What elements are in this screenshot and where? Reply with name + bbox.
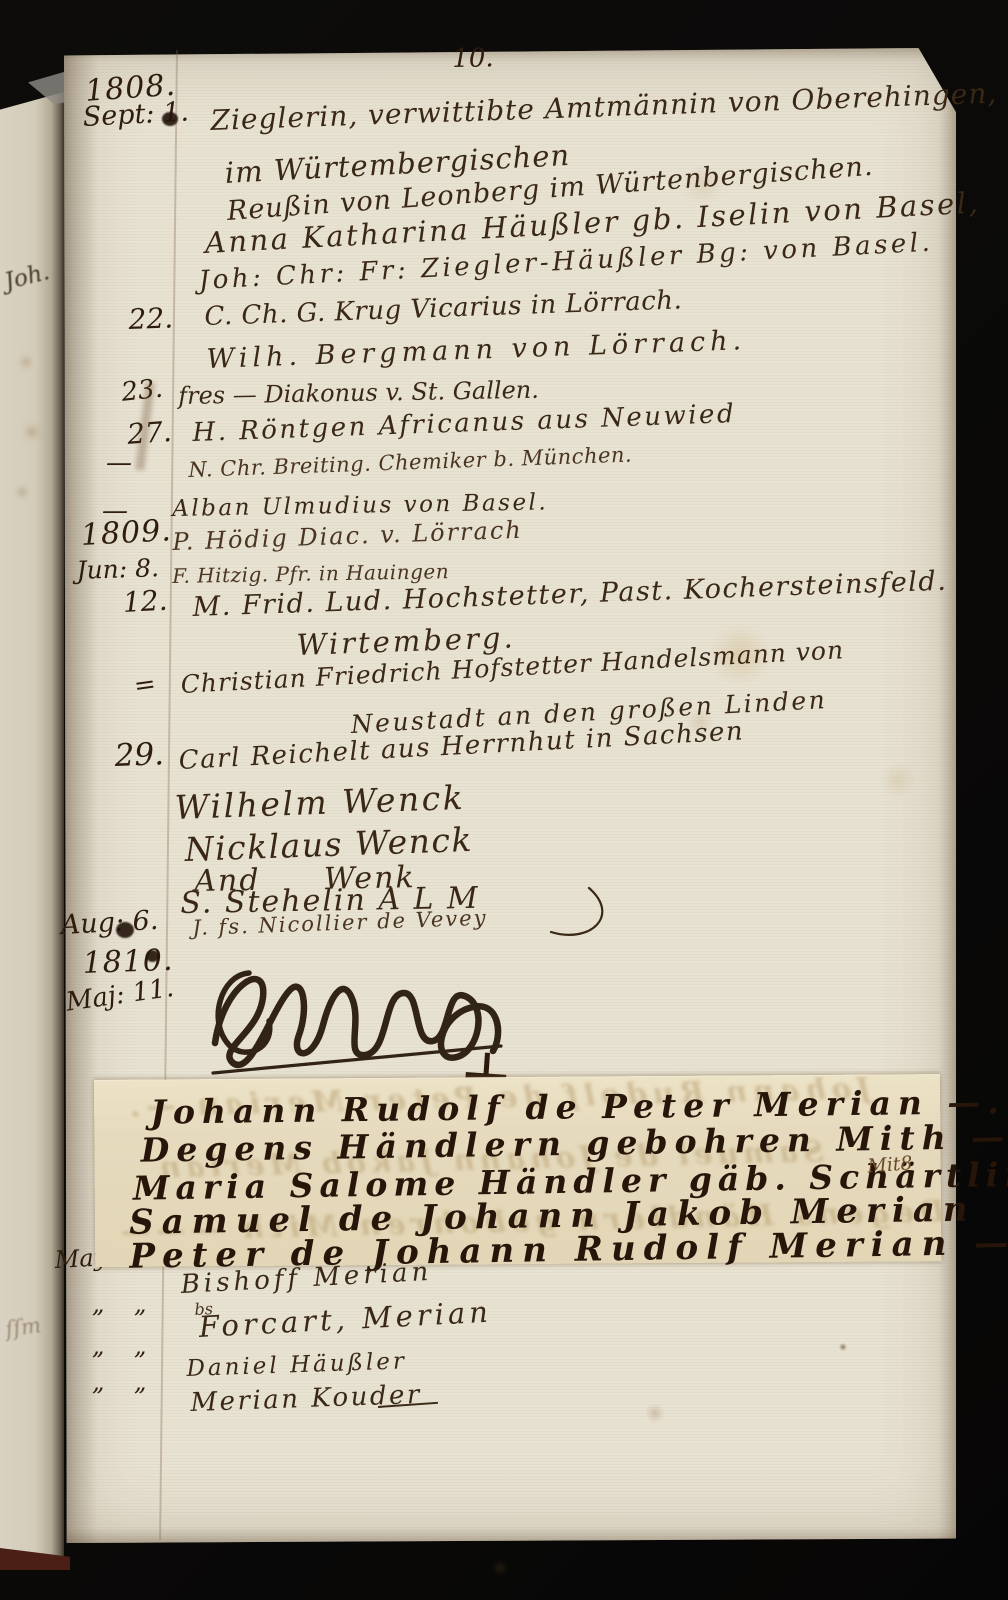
ink-blot [116, 922, 134, 938]
ink-blot [146, 950, 159, 962]
ditto-mark: „ [134, 1368, 146, 1396]
margin-equals-mark: = [132, 669, 158, 702]
margin-year-1809: 1809. [80, 513, 173, 553]
page-number: 10. [452, 43, 494, 74]
ditto-mark: „ [134, 1332, 146, 1360]
previous-page-edge: Joh. ſſm [0, 92, 64, 1562]
margin-date-22: 22. [128, 301, 174, 336]
margin-date-jun8: Jun: 8. [76, 553, 159, 585]
margin-dash-1: — [106, 448, 132, 478]
stehelin-flourish [545, 880, 630, 944]
margin-date-29: 29. [114, 736, 165, 774]
slip-annotation: Mit8 [867, 1152, 914, 1177]
ditto-mark: „ [92, 1290, 104, 1318]
bleedthrough-mark-bottom: ſſm [4, 1313, 42, 1342]
bleedthrough-smudge [14, 342, 40, 522]
ditto-mark: „ [134, 1290, 146, 1318]
bleedthrough-mark-top: Joh. [2, 259, 52, 295]
margin-date-23: 23. [120, 374, 164, 408]
margin-date-aug6: Aug: 6. [60, 905, 159, 941]
ditto-mark: „ [92, 1368, 104, 1396]
margin-date-12: 12. [122, 584, 168, 619]
ink-blot [162, 112, 178, 126]
pasted-slip: Johann Rudolf de Peter Merian —. Samuel … [94, 1074, 941, 1267]
manuscript-scan: Joh. ſſm 10. 1808. Sept: 1. 22. 23. 27. … [0, 0, 1008, 1600]
ditto-mark: „ [92, 1332, 104, 1360]
